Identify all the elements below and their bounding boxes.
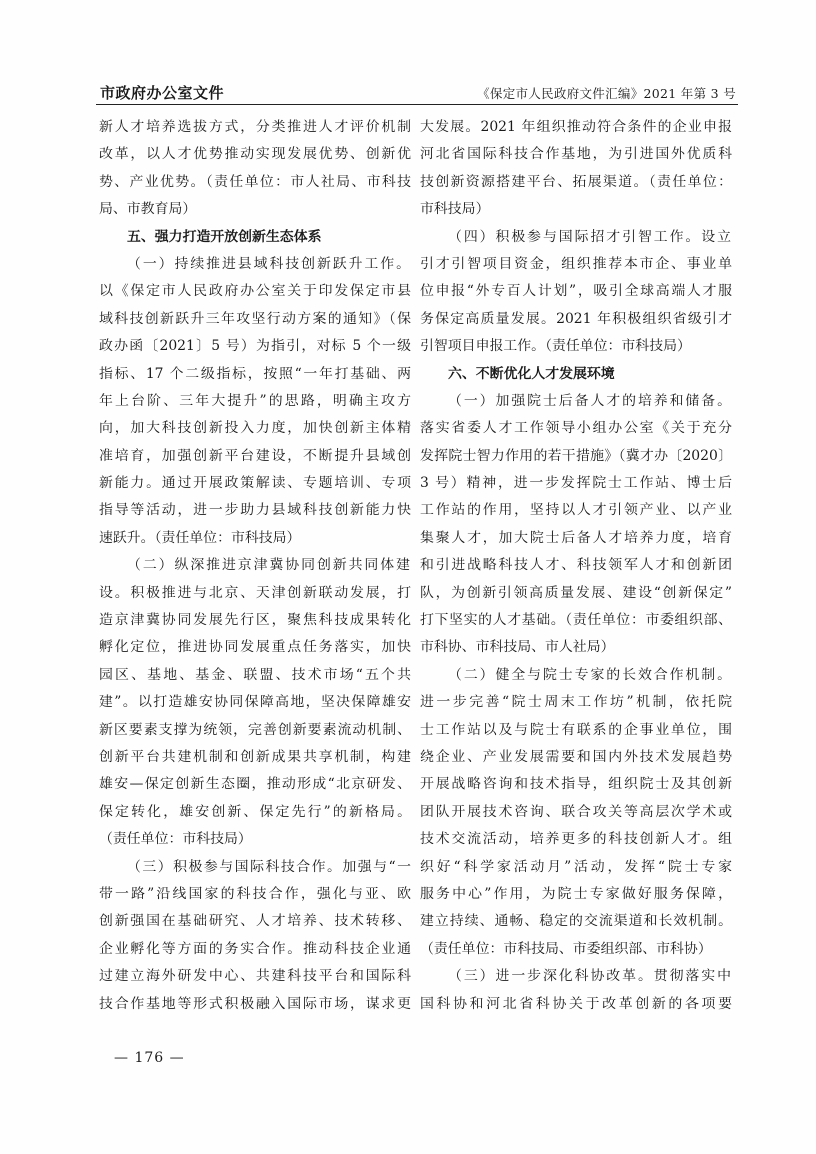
text-line: 市科协、市科技局、市人社局） [420, 634, 732, 661]
text-line: 指导等活动，进一步助力县域科技创新能力快 [99, 497, 411, 524]
section-heading-6: 六、不断优化人才发展环境 [420, 361, 732, 388]
header-publication-title: 《保定市人民政府文件汇编》2021 年第 3 号 [477, 84, 736, 102]
text-line: 创新强国在基础研究、人才培养、技术转移、 [99, 908, 411, 935]
text-line: 造京津冀协同发展先行区，聚焦科技成果转化 [99, 607, 411, 634]
text-line: 年上台阶、三年大提升”的思路，明确主攻方 [99, 388, 411, 415]
text-line: 大发展。2021 年组织推动符合条件的企业申报 [420, 114, 732, 141]
page-number: — 176 — [114, 1050, 185, 1066]
text-line: 指标、17 个二级指标，按照“一年打基础、两 [99, 361, 411, 388]
text-line: 孵化定位，推进协同发展重点任务落实，加快 [99, 634, 411, 661]
text-line: 位申报“外专百人计划”，吸引全球高端人才服 [420, 278, 732, 305]
text-line: 团队开展技术咨询、联合攻关等高层次学术或 [420, 799, 732, 826]
text-line: 队，为创新引领高质量发展、建设“创新保定” [420, 580, 732, 607]
text-line: 新人才培养选拔方式，分类推进人才评价机制 [99, 114, 411, 141]
text-line: 落实省委人才工作领导小组办公室《关于充分 [420, 415, 732, 442]
document-page: 市政府办公室文件 《保定市人民政府文件汇编》2021 年第 3 号 新人才培养选… [0, 0, 816, 1154]
text-line: 市科技局） [420, 196, 732, 223]
text-line: 技合作基地等形式积极融入国际市场，谋求更 [99, 991, 411, 1018]
text-line: 绕企业、产业发展需要和国内外技术发展趋势 [420, 744, 732, 771]
section-heading-5: 五、强力打造开放创新生态体系 [99, 224, 411, 251]
right-column: 大发展。2021 年组织推动符合条件的企业申报 河北省国际科技合作基地，为引进国… [420, 114, 732, 1018]
text-line: 集聚人才，加大院士后备人才培养力度，培育 [420, 525, 732, 552]
text-line: 雄安—保定创新生态圈，推动形成“北京研发、 [99, 771, 411, 798]
text-line: 局、市教育局） [99, 196, 411, 223]
text-line: 向，加大科技创新投入力度，加快创新主体精 [99, 415, 411, 442]
text-line: （责任单位：市科技局、市委组织部、市科协） [420, 936, 732, 963]
text-line: 改革，以人才优势推动实现发展优势、创新优 [99, 141, 411, 168]
text-line: 打下坚实的人才基础。（责任单位：市委组织部、 [420, 607, 732, 634]
text-line: 发挥院士智力作用的若干措施》（冀才办〔2020〕 [420, 443, 732, 470]
text-line: 新区要素支撑为统领，完善创新要素流动机制、 [99, 717, 411, 744]
subsection-heading: （二）纵深推进京津冀协同创新共同体建 [99, 552, 411, 579]
subsection-heading: （三）进一步深化科协改革。贯彻落实中 [420, 963, 732, 990]
text-line: 园区、基地、基金、联盟、技术市场“五个共 [99, 662, 411, 689]
header-section-title: 市政府办公室文件 [100, 82, 224, 103]
header-rule [96, 104, 738, 105]
subsection-heading: （一）加强院士后备人才的培养和储备。 [420, 388, 732, 415]
text-line: 过建立海外研发中心、共建科技平台和国际科 [99, 963, 411, 990]
text-line: 准培育，加强创新平台建设，不断提升县域创 [99, 443, 411, 470]
text-line: 保定转化，雄安创新、保定先行”的新格局。 [99, 799, 411, 826]
text-line: 设。积极推进与北京、天津创新联动发展，打 [99, 580, 411, 607]
text-line: 服务中心”作用，为院士专家做好服务保障， [420, 881, 732, 908]
subsection-heading: （二）健全与院士专家的长效合作机制。 [420, 662, 732, 689]
text-line: 织好“科学家活动月”活动，发挥“院士专家 [420, 854, 732, 881]
text-line: 势、产业优势。（责任单位：市人社局、市科技 [99, 169, 411, 196]
text-line: 建”。以打造雄安协同保障高地，坚决保障雄安 [99, 689, 411, 716]
text-line: 技术交流活动，培养更多的科技创新人才。组 [420, 826, 732, 853]
text-line: 河北省国际科技合作基地，为引进国外优质科 [420, 141, 732, 168]
text-line: 带一路”沿线国家的科技合作，强化与亚、欧 [99, 881, 411, 908]
text-line: 士工作站以及与院士有联系的企事业单位，围 [420, 717, 732, 744]
text-line: 企业孵化等方面的务实合作。推动科技企业通 [99, 936, 411, 963]
text-line: 技创新资源搭建平台、拓展渠道。（责任单位： [420, 169, 732, 196]
subsection-heading: （一）持续推进县域科技创新跃升工作。 [99, 251, 411, 278]
text-line: 引才引智项目资金，组织推荐本市企、事业单 [420, 251, 732, 278]
text-line: 引智项目申报工作。（责任单位：市科技局） [420, 333, 732, 360]
text-line: 创新平台共建机制和创新成果共享机制，构建 [99, 744, 411, 771]
text-line: 国科协和河北省科协关于改革创新的各项要 [420, 991, 732, 1018]
text-line: 3 号）精神，进一步发挥院士工作站、博士后 [420, 470, 732, 497]
text-line: （责任单位：市科技局） [99, 826, 411, 853]
subsection-heading: （三）积极参与国际科技合作。加强与“一 [99, 854, 411, 881]
text-line: 建立持续、通畅、稳定的交流渠道和长效机制。 [420, 908, 732, 935]
text-line: 新能力。通过开展政策解读、专题培训、专项 [99, 470, 411, 497]
text-line: 速跃升。（责任单位：市科技局） [99, 525, 411, 552]
left-column: 新人才培养选拔方式，分类推进人才评价机制 改革，以人才优势推动实现发展优势、创新… [99, 114, 411, 1018]
text-line: 以《保定市人民政府办公室关于印发保定市县 [99, 278, 411, 305]
text-line: 进一步完善“院士周末工作坊”机制，依托院 [420, 689, 732, 716]
text-line: 工作站的作用，坚持以人才引领产业、以产业 [420, 497, 732, 524]
text-line: 开展战略咨询和技术指导，组织院士及其创新 [420, 771, 732, 798]
subsection-heading: （四）积极参与国际招才引智工作。设立 [420, 224, 732, 251]
running-header: 市政府办公室文件 《保定市人民政府文件汇编》2021 年第 3 号 [96, 82, 736, 104]
text-line: 政办函〔2021〕5 号）为指引，对标 5 个一级 [99, 333, 411, 360]
text-line: 务保定高质量发展。2021 年积极组织省级引才 [420, 306, 732, 333]
text-line: 和引进战略科技人才、科技领军人才和创新团 [420, 552, 732, 579]
text-line: 域科技创新跃升三年攻坚行动方案的通知》（保 [99, 306, 411, 333]
